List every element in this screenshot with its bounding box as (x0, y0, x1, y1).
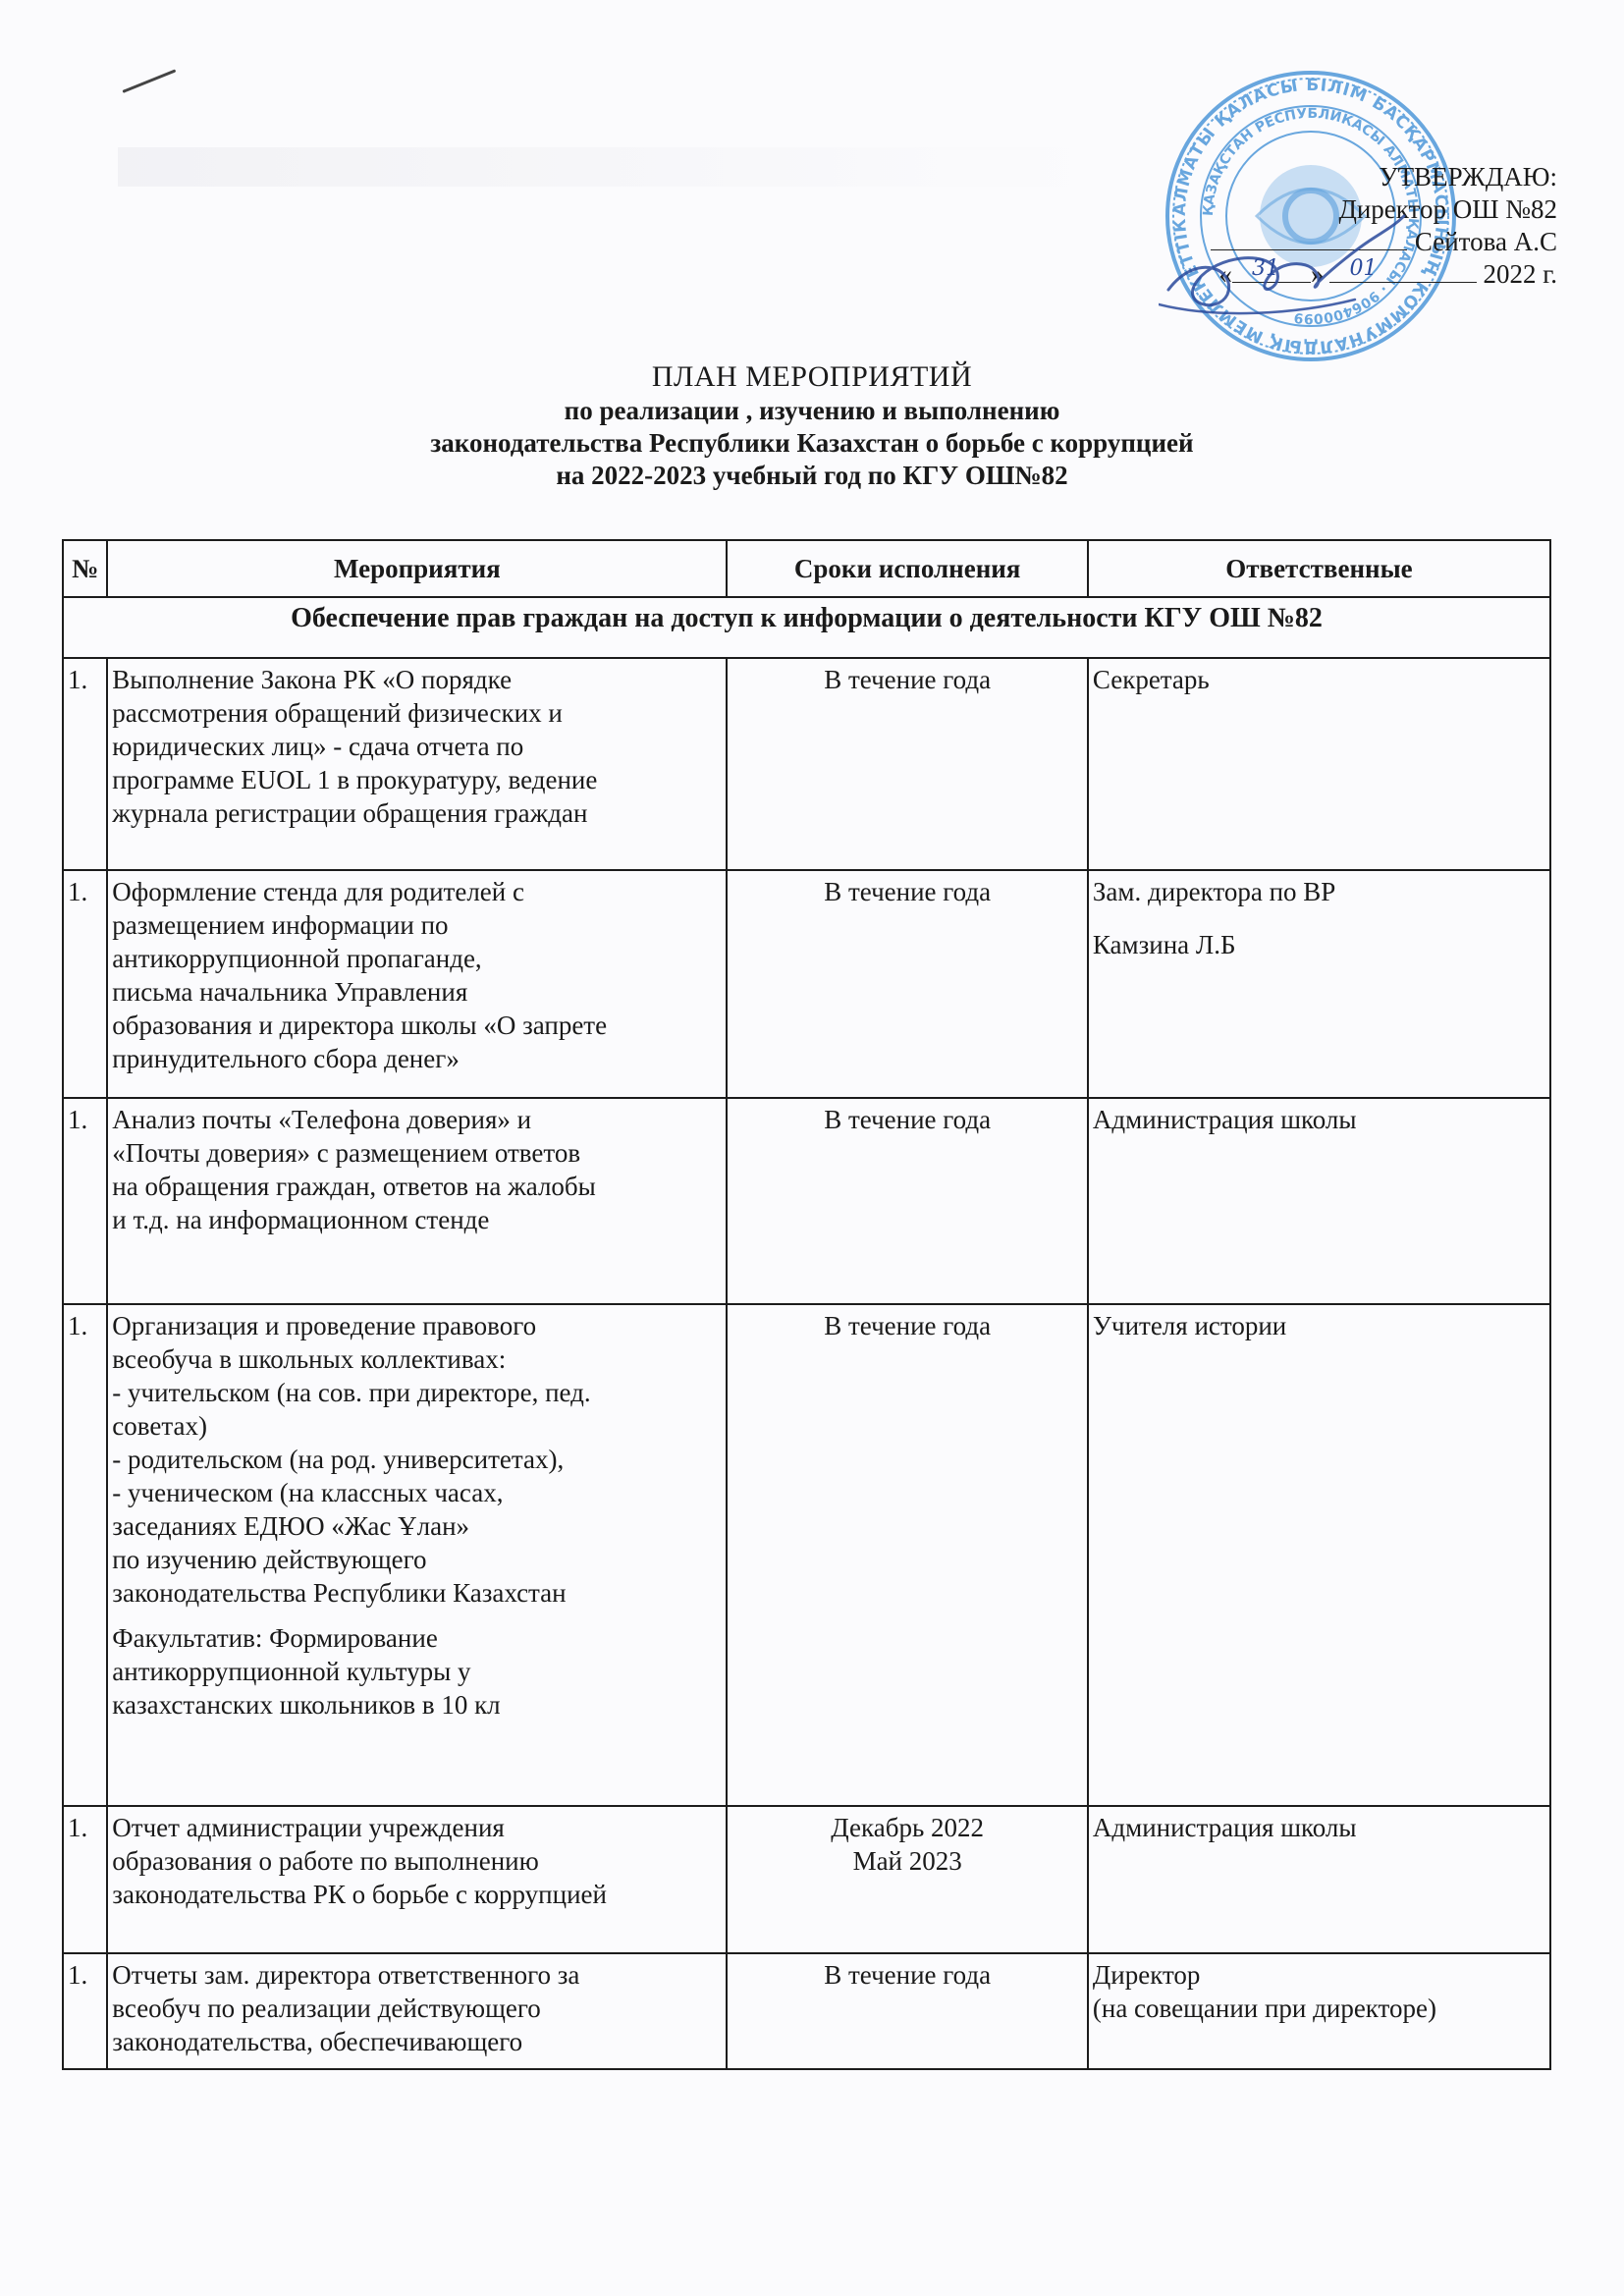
row-event: Отчеты зам. директора ответственного зав… (107, 1953, 727, 2069)
responsible-line: Камзина Л.Б (1093, 928, 1545, 961)
row-event: Отчет администрации учрежденияобразовани… (107, 1806, 727, 1953)
event-line: принудительного сбора денег» (112, 1042, 722, 1075)
row-number: 1. (63, 658, 107, 870)
row-event: Выполнение Закона РК «О порядкерассмотре… (107, 658, 727, 870)
event-line: «Почты доверия» с размещением ответов (112, 1136, 722, 1170)
date-year: 2022 г. (1483, 259, 1557, 289)
responsible-line: Секретарь (1093, 663, 1545, 696)
event-line: и т.д. на информационном стенде (112, 1203, 722, 1236)
event-line: на обращения граждан, ответов на жалобы (112, 1170, 722, 1203)
event-line: Отчет администрации учреждения (112, 1811, 722, 1844)
event-line: Организация и проведение правового (112, 1309, 722, 1342)
event-extra-line: Факультатив: Формирование (112, 1621, 722, 1655)
event-line: Оформление стенда для родителей с (112, 875, 722, 908)
signature-scribble (1159, 211, 1414, 329)
table-row: 1.Отчеты зам. директора ответственного з… (63, 1953, 1550, 2069)
deadline-line: В течение года (731, 1309, 1082, 1342)
row-number: 1. (63, 870, 107, 1098)
paragraph-gap (1093, 908, 1545, 928)
table-header-row: № Мероприятия Сроки исполнения Ответстве… (63, 540, 1550, 597)
responsible-line: (на совещании при директоре) (1093, 1992, 1545, 2025)
row-deadline: Декабрь 2022Май 2023 (727, 1806, 1087, 1953)
approval-heading: УТВЕРЖДАЮ: (1211, 161, 1557, 193)
table-row: 1.Выполнение Закона РК «О порядкерассмот… (63, 658, 1550, 870)
scan-bleed-through (118, 147, 1100, 187)
event-line: Отчеты зам. директора ответственного за (112, 1958, 722, 1992)
event-line: журнала регистрации обращения граждан (112, 796, 722, 830)
row-deadline: В течение года (727, 658, 1087, 870)
deadline-line: Май 2023 (731, 1844, 1082, 1878)
event-line: программе EUOL 1 в прокуратуру, ведение (112, 763, 722, 796)
responsible-line: Директор (1093, 1958, 1545, 1992)
row-event: Анализ почты «Телефона доверия» и«Почты … (107, 1098, 727, 1304)
header-responsible: Ответственные (1088, 540, 1550, 597)
event-line: законодательства Республики Казахстан (112, 1576, 722, 1610)
row-number: 1. (63, 1304, 107, 1806)
event-line: всеобуча в школьных коллективах: (112, 1342, 722, 1376)
row-responsible: Учителя истории (1088, 1304, 1550, 1806)
event-line: антикоррупционной пропаганде, (112, 942, 722, 975)
event-line: - учительском (на сов. при директоре, пе… (112, 1376, 722, 1409)
row-responsible: Администрация школы (1088, 1098, 1550, 1304)
section-title: Обеспечение прав граждан на доступ к инф… (63, 597, 1550, 658)
row-responsible: Администрация школы (1088, 1806, 1550, 1953)
event-line: образования и директора школы «О запрете (112, 1009, 722, 1042)
row-event: Организация и проведение правовоговсеобу… (107, 1304, 727, 1806)
event-line: - родительском (на род. университетах), (112, 1443, 722, 1476)
table-row: 1.Анализ почты «Телефона доверия» и«Почт… (63, 1098, 1550, 1304)
event-line: по изучению действующего (112, 1543, 722, 1576)
table-row: 1.Отчет администрации учрежденияобразова… (63, 1806, 1550, 1953)
title-line-3: на 2022-2023 учебный год по КГУ ОШ№82 (0, 460, 1624, 492)
event-line: всеобуч по реализации действующего (112, 1992, 722, 2025)
pen-mark (122, 69, 176, 93)
event-line: образования о работе по выполнению (112, 1844, 722, 1878)
title-line-2: законодательства Республики Казахстан о … (0, 427, 1624, 460)
event-line: - ученическом (на классных часах, (112, 1476, 722, 1509)
event-line: Анализ почты «Телефона доверия» и (112, 1103, 722, 1136)
section-row: Обеспечение прав граждан на доступ к инф… (63, 597, 1550, 658)
event-line: советах) (112, 1409, 722, 1443)
event-line: размещением информации по (112, 908, 722, 942)
event-line: рассмотрения обращений физических и (112, 696, 722, 730)
event-line: письма начальника Управления (112, 975, 722, 1009)
row-deadline: В течение года (727, 1098, 1087, 1304)
event-line: законодательства, обеспечивающего (112, 2025, 722, 2058)
header-events: Мероприятия (107, 540, 727, 597)
title-main: ПЛАН МЕРОПРИЯТИЙ (0, 359, 1624, 395)
header-deadline: Сроки исполнения (727, 540, 1087, 597)
event-line: законодательства РК о борьбе с коррупцие… (112, 1878, 722, 1911)
responsible-line: Администрация школы (1093, 1811, 1545, 1844)
row-deadline: В течение года (727, 1953, 1087, 2069)
approval-name: Сейтова А.С (1415, 227, 1557, 256)
deadline-line: В течение года (731, 1103, 1082, 1136)
row-number: 1. (63, 1098, 107, 1304)
row-deadline: В течение года (727, 1304, 1087, 1806)
header-number: № (63, 540, 107, 597)
row-number: 1. (63, 1953, 107, 2069)
table-row: 1.Оформление стенда для родителей сразме… (63, 870, 1550, 1098)
deadline-line: Декабрь 2022 (731, 1811, 1082, 1844)
event-extra-line: антикоррупционной культуры у (112, 1655, 722, 1688)
paragraph-gap (112, 1610, 722, 1621)
responsible-line: Учителя истории (1093, 1309, 1545, 1342)
row-responsible: Директор(на совещании при директоре) (1088, 1953, 1550, 2069)
deadline-line: В течение года (731, 663, 1082, 696)
event-line: юридических лиц» - сдача отчета по (112, 730, 722, 763)
deadline-line: В течение года (731, 875, 1082, 908)
event-line: Выполнение Закона РК «О порядке (112, 663, 722, 696)
row-responsible: Зам. директора по ВРКамзина Л.Б (1088, 870, 1550, 1098)
plan-table: № Мероприятия Сроки исполнения Ответстве… (62, 539, 1551, 2070)
row-responsible: Секретарь (1088, 658, 1550, 870)
event-extra-line: казахстанских школьников в 10 кл (112, 1688, 722, 1722)
document-title: ПЛАН МЕРОПРИЯТИЙ по реализации , изучени… (0, 359, 1624, 492)
row-event: Оформление стенда для родителей сразмеще… (107, 870, 727, 1098)
row-number: 1. (63, 1806, 107, 1953)
event-line: заседаниях ЕДЮО «Жас Ұлан» (112, 1509, 722, 1543)
deadline-line: В течение года (731, 1958, 1082, 1992)
table-row: 1.Организация и проведение правовоговсео… (63, 1304, 1550, 1806)
responsible-line: Зам. директора по ВР (1093, 875, 1545, 908)
row-deadline: В течение года (727, 870, 1087, 1098)
title-line-1: по реализации , изучению и выполнению (0, 395, 1624, 427)
responsible-line: Администрация школы (1093, 1103, 1545, 1136)
